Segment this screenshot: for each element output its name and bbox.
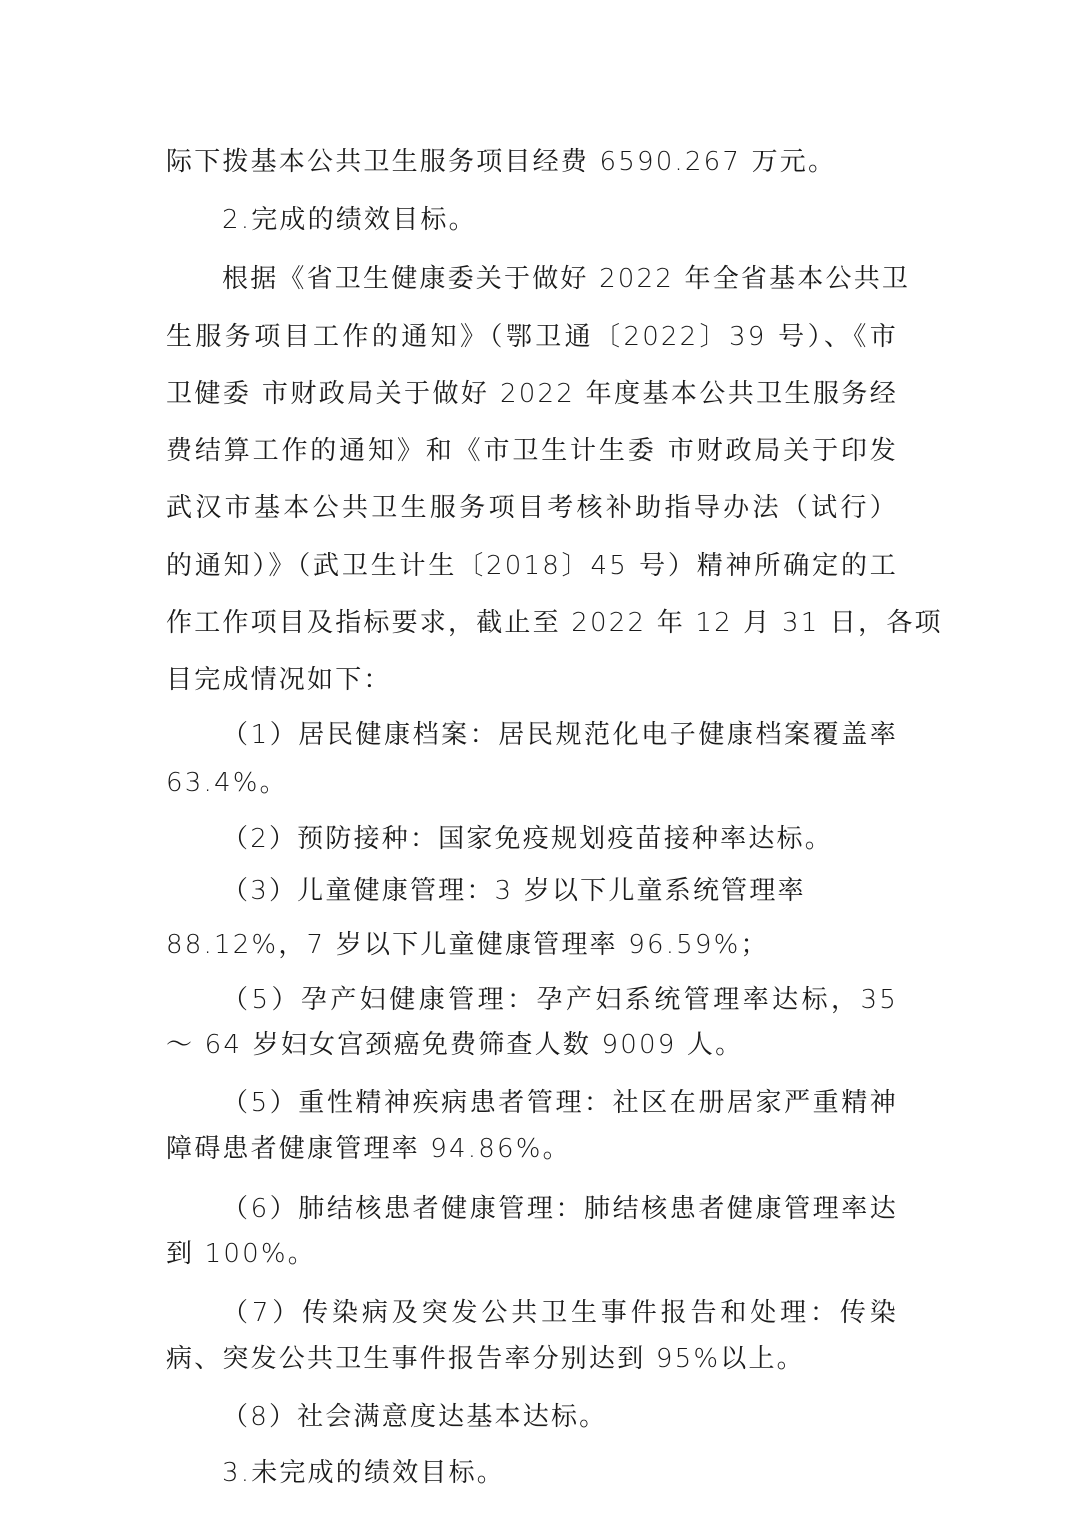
section-heading-uncompleted-goals: 3.未完成的绩效目标。 bbox=[222, 1456, 898, 1490]
text-line-budget-allocation: 际下拨基本公共卫生服务项目经费 6590.267 万元。 bbox=[166, 145, 898, 179]
paragraph-line: 武汉市基本公共卫生服务项目考核补助指导办法（试行） bbox=[166, 491, 898, 525]
paragraph-line: 目完成情况如下： bbox=[166, 663, 898, 697]
list-item-child-health: （3）儿童健康管理：3 岁以下儿童系统管理率 bbox=[222, 874, 898, 908]
list-item-child-health-cont: 88.12%，7 岁以下儿童健康管理率 96.59%； bbox=[166, 928, 898, 962]
list-item-satisfaction: （8）社会满意度达基本达标。 bbox=[222, 1400, 898, 1434]
list-item-mental-health: （5）重性精神疾病患者管理：社区在册居家严重精神 bbox=[222, 1086, 898, 1120]
list-item-health-records: （1）居民健康档案：居民规范化电子健康档案覆盖率 bbox=[222, 718, 898, 752]
paragraph-line: 作工作项目及指标要求，截止至 2022 年 12 月 31 日，各项 bbox=[166, 606, 898, 640]
document-page: 际下拨基本公共卫生服务项目经费 6590.267 万元。 2.完成的绩效目标。 … bbox=[0, 0, 1075, 1521]
list-item-maternal-health-cont: ～ 64 岁妇女宫颈癌免费筛查人数 9009 人。 bbox=[166, 1028, 898, 1062]
section-heading-completed-goals: 2.完成的绩效目标。 bbox=[222, 203, 898, 237]
list-item-vaccination: （2）预防接种：国家免疫规划疫苗接种率达标。 bbox=[222, 822, 898, 856]
paragraph-line: 的通知）》（武卫生计生〔2018〕45 号）精神所确定的工 bbox=[166, 549, 898, 583]
list-item-mental-health-cont: 障碍患者健康管理率 94.86%。 bbox=[166, 1132, 898, 1166]
list-item-tuberculosis: （6）肺结核患者健康管理：肺结核患者健康管理率达 bbox=[222, 1192, 898, 1226]
list-item-infectious-disease: （7）传染病及突发公共卫生事件报告和处理：传染 bbox=[222, 1296, 898, 1330]
paragraph-line: 生服务项目工作的通知》（鄂卫通〔2022〕39 号）、《市 bbox=[166, 320, 898, 354]
list-item-health-records-cont: 63.4%。 bbox=[166, 766, 898, 800]
paragraph-line: 根据《省卫生健康委关于做好 2022 年全省基本公共卫 bbox=[222, 262, 898, 296]
paragraph-line: 卫健委 市财政局关于做好 2022 年度基本公共卫生服务经 bbox=[166, 377, 898, 411]
list-item-tuberculosis-cont: 到 100%。 bbox=[166, 1237, 898, 1271]
paragraph-line: 费结算工作的通知》和《市卫生计生委 市财政局关于印发 bbox=[166, 434, 898, 468]
list-item-infectious-disease-cont: 病、突发公共卫生事件报告率分别达到 95%以上。 bbox=[166, 1342, 898, 1376]
list-item-maternal-health: （5）孕产妇健康管理：孕产妇系统管理率达标，35 bbox=[222, 983, 898, 1017]
